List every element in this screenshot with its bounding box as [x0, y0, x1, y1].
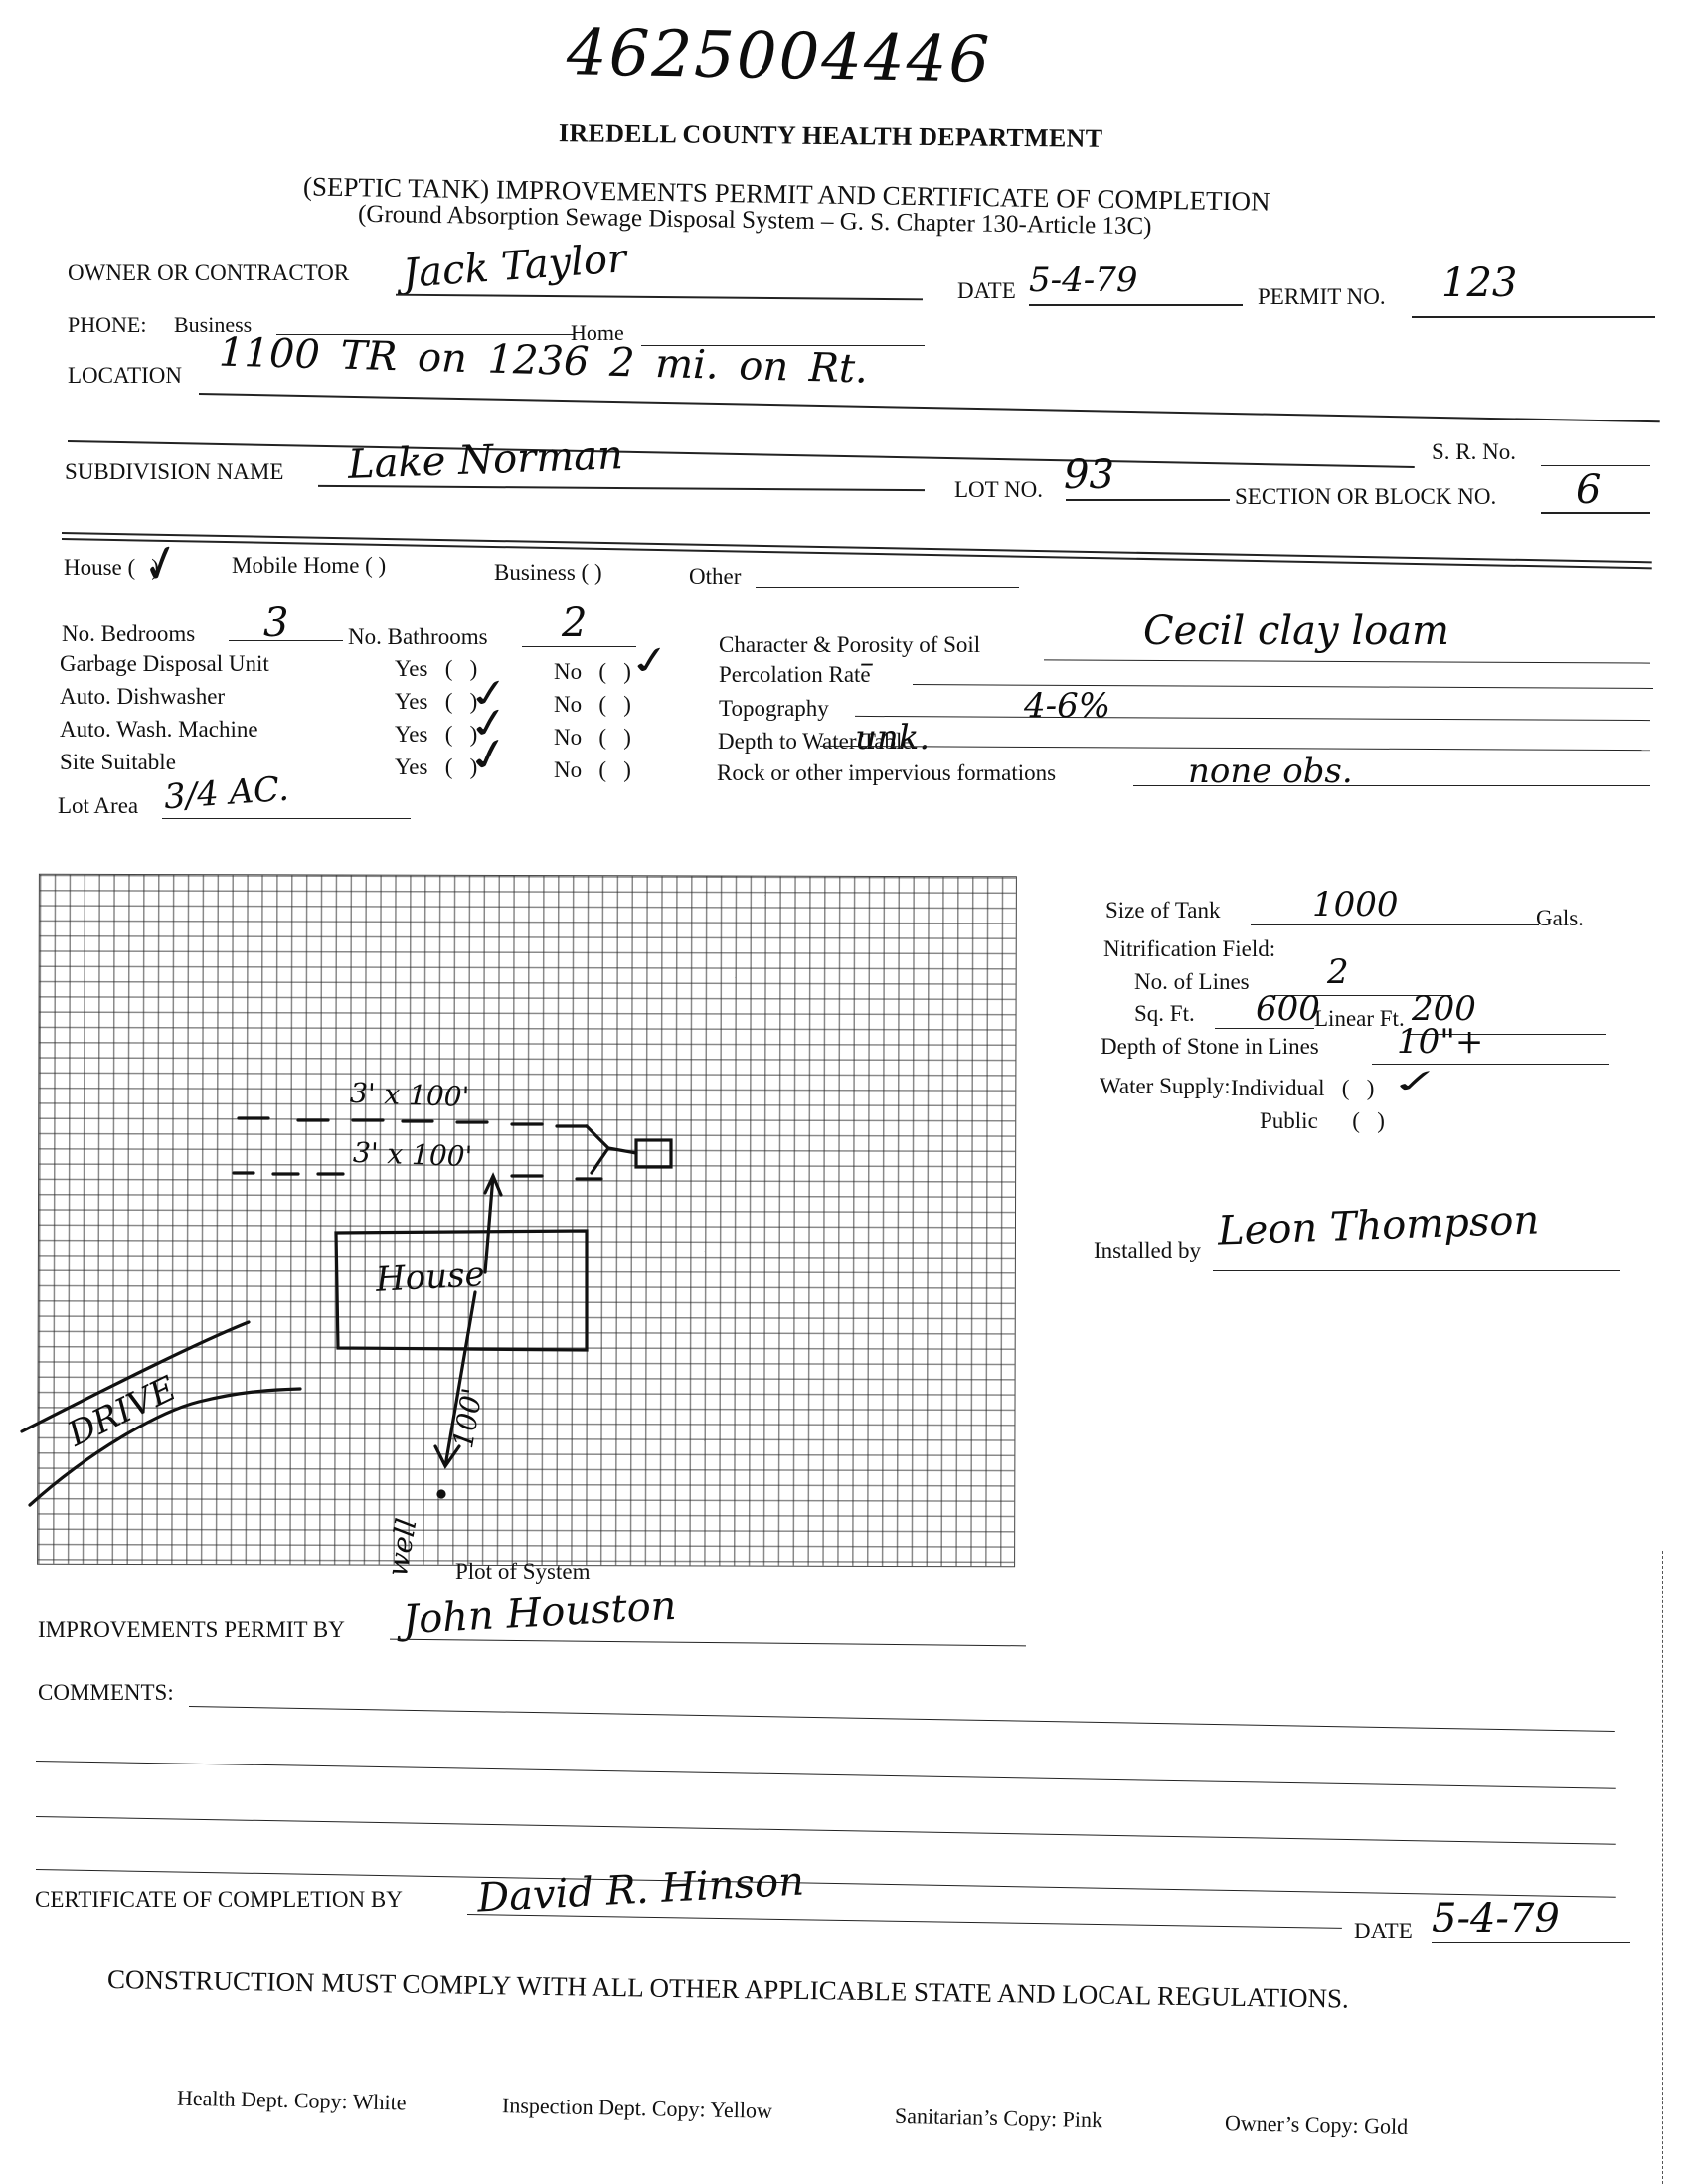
tank-size-value[interactable]: 1000: [1312, 885, 1399, 924]
well-icon: [438, 1491, 444, 1497]
copy-distribution: Sanitarian’s Copy: Pink: [895, 2103, 1102, 2133]
drain-line-1: [239, 1118, 587, 1126]
drain-line-1-label: 3' x 100': [349, 1077, 469, 1113]
certificate-label: CERTIFICATE OF COMPLETION BY: [35, 1887, 403, 1913]
completion-date-label: DATE: [1354, 1919, 1413, 1944]
water-supply-label: Water Supply:: [1100, 1074, 1231, 1099]
installed-by-label: Installed by: [1094, 1238, 1201, 1263]
stone-depth-underline: [1372, 1064, 1609, 1065]
copy-distribution: Owner’s Copy: Gold: [1225, 2110, 1409, 2140]
sqft-underline: [1215, 1028, 1314, 1029]
house-label: House: [375, 1255, 486, 1300]
drain-line-2: [234, 1173, 601, 1179]
sqft-value[interactable]: 600: [1256, 989, 1320, 1029]
tank-size-label: Size of Tank: [1105, 898, 1221, 924]
nitrification-label: Nitrification Field:: [1103, 936, 1275, 962]
installed-by-underline: [1213, 1270, 1620, 1271]
water-public-option[interactable]: Public ( ): [1260, 1108, 1385, 1134]
scan-edge: [1662, 1551, 1663, 2184]
completion-date-value[interactable]: 5-4-79: [1432, 1896, 1560, 1941]
plot-caption: Plot of System: [455, 1559, 590, 1585]
linear-ft-label: Linear Ft.: [1314, 1006, 1405, 1032]
water-individual-option[interactable]: Individual ( ): [1231, 1076, 1374, 1101]
septic-tank-icon: [636, 1140, 671, 1167]
tank-size-underline: [1251, 924, 1539, 925]
tank-size-unit: Gals.: [1536, 906, 1584, 931]
lines-label: No. of Lines: [1134, 969, 1250, 995]
stone-depth-value[interactable]: 10"+: [1397, 1022, 1483, 1062]
permit-by-label: IMPROVEMENTS PERMIT BY: [38, 1617, 345, 1643]
arrow-to-drain: [485, 1176, 501, 1272]
completion-date-underline: [1432, 1942, 1630, 1943]
stone-depth-label: Depth of Stone in Lines: [1101, 1034, 1319, 1060]
lines-value[interactable]: 2: [1327, 952, 1349, 992]
comments-label: COMMENTS:: [38, 1680, 174, 1706]
drain-line-2-label: 3' x 100': [352, 1136, 472, 1173]
sqft-label: Sq. Ft.: [1134, 1001, 1195, 1027]
copy-distribution: Health Dept. Copy: White: [177, 2086, 407, 2116]
